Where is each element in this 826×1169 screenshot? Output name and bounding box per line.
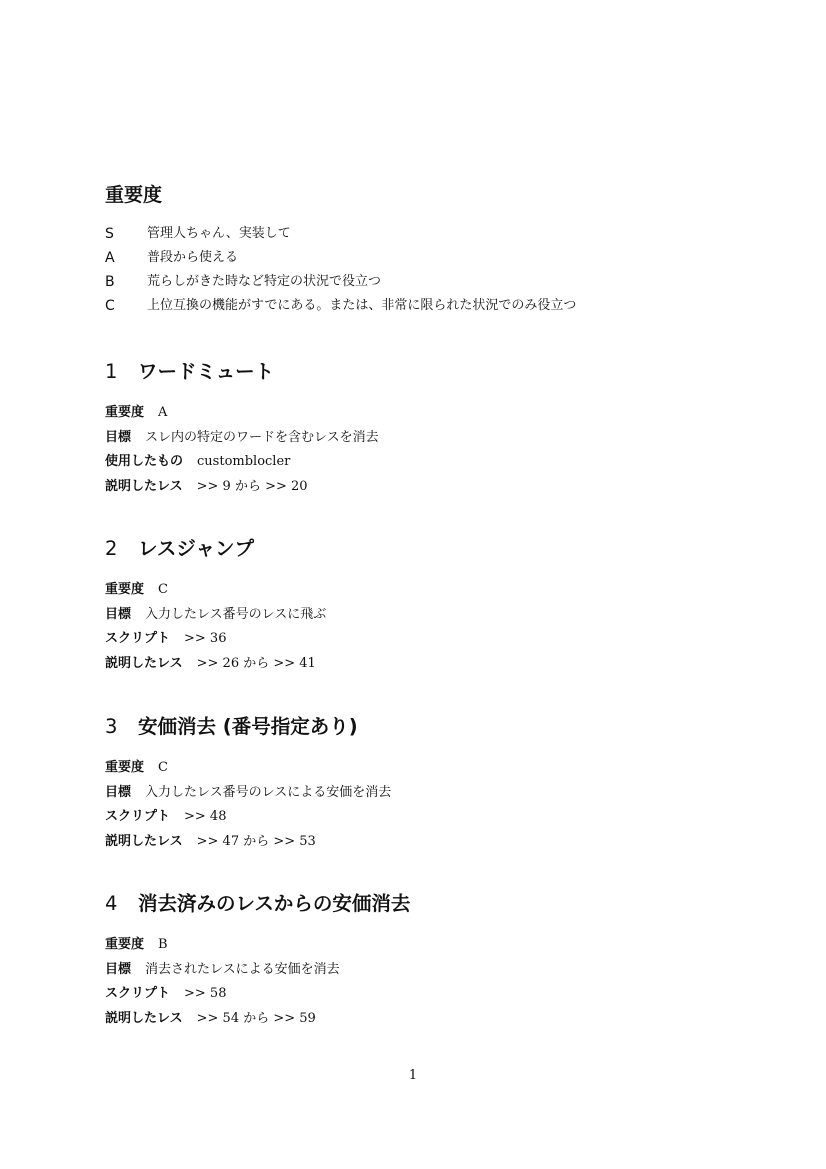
field-explained-posts: 説明したレス>> 47 から >> 53 [105,830,391,855]
field-importance: 重要度C [105,756,391,781]
field-goal: 目標スレ内の特定のワードを含むレスを消去 [105,426,379,451]
legend-description: 普段から使える [147,246,238,270]
field-explained-posts: 説明したレス>> 26 から >> 41 [105,652,326,677]
section-title-text: 安価消去 (番号指定あり) [138,713,358,741]
field-label: 重要度 [105,405,144,420]
field-goal: 目標消去されたレスによる安価を消去 [105,958,410,983]
field-label: スクリプト [105,631,170,646]
field-value: B [158,937,168,952]
field-importance: 重要度C [105,578,326,603]
field-label: 目標 [105,785,131,800]
section-title: 1 ワードミュート [105,358,379,386]
field-list: 重要度C 目標入力したレス番号のレスによる安価を消去 スクリプト>> 48 説明… [105,756,391,854]
field-value: 入力したレス番号のレスに飛ぶ [145,607,326,622]
section-number: 2 [105,535,138,563]
field-label: 目標 [105,962,131,977]
field-importance: 重要度A [105,401,379,426]
section-title: 2 レスジャンプ [105,535,326,563]
field-label: スクリプト [105,986,170,1001]
field-script: スクリプト>> 36 [105,627,326,652]
section-anchor-erase-deleted: 4 消去済みのレスからの安価消去 重要度B 目標消去されたレスによる安価を消去 … [105,890,410,1047]
importance-heading: 重要度 [105,182,162,208]
field-value: 入力したレス番号のレスによる安価を消去 [145,785,391,800]
field-label: 説明したレス [105,479,183,494]
field-label: 使用したもの [105,454,183,469]
field-importance: 重要度B [105,933,410,958]
section-title: 4 消去済みのレスからの安価消去 [105,890,410,918]
legend-description: 上位互換の機能がすでにある。または、非常に限られた状況でのみ役立つ [147,294,576,318]
field-label: 重要度 [105,937,144,952]
field-list: 重要度C 目標入力したレス番号のレスに飛ぶ スクリプト>> 36 説明したレス>… [105,578,326,676]
field-explained-posts: 説明したレス>> 54 から >> 59 [105,1007,410,1032]
section-number: 3 [105,713,138,741]
field-list: 重要度A 目標スレ内の特定のワードを含むレスを消去 使用したものcustombl… [105,401,379,499]
field-value: >> 58 [184,986,226,1001]
section-number: 1 [105,358,138,386]
field-label: 説明したレス [105,1011,183,1026]
field-value: >> 9 から >> 20 [197,479,308,494]
field-label: 説明したレス [105,656,183,671]
section-title-text: レスジャンプ [138,535,254,563]
field-value: C [158,582,168,597]
field-script: スクリプト>> 48 [105,805,391,830]
field-value: A [158,405,167,420]
section-title-text: 消去済みのレスからの安価消去 [138,890,410,918]
field-value: >> 47 から >> 53 [197,834,316,849]
section-title-text: ワードミュート [138,358,274,386]
legend-description: 管理人ちゃん、実装して [147,222,291,246]
field-value: >> 54 から >> 59 [197,1011,316,1026]
document-page: 重要度 S 管理人ちゃん、実装して A 普段から使える B 荒らしがきた時など特… [0,0,826,1169]
legend-grade: C [105,294,147,318]
field-value: customblocler [197,454,290,469]
section-number: 4 [105,890,138,918]
field-value: >> 26 から >> 41 [197,656,316,671]
field-value: >> 36 [184,631,226,646]
field-goal: 目標入力したレス番号のレスによる安価を消去 [105,781,391,806]
field-label: スクリプト [105,809,170,824]
legend-grade: A [105,246,147,270]
section-anchor-erase-numbered: 3 安価消去 (番号指定あり) 重要度C 目標入力したレス番号のレスによる安価を… [105,713,391,870]
field-list: 重要度B 目標消去されたレスによる安価を消去 スクリプト>> 58 説明したレス… [105,933,410,1031]
section-word-mute: 1 ワードミュート 重要度A 目標スレ内の特定のワードを含むレスを消去 使用した… [105,358,379,515]
field-explained-posts: 説明したレス>> 9 から >> 20 [105,475,379,500]
field-label: 説明したレス [105,834,183,849]
field-label: 重要度 [105,582,144,597]
section-res-jump: 2 レスジャンプ 重要度C 目標入力したレス番号のレスに飛ぶ スクリプト>> 3… [105,535,326,692]
field-label: 目標 [105,607,131,622]
field-value: 消去されたレスによる安価を消去 [145,962,340,977]
field-value: >> 48 [184,809,226,824]
field-value: C [158,760,168,775]
legend-grade: S [105,222,147,246]
field-used: 使用したものcustomblocler [105,450,379,475]
legend-item-a: A 普段から使える [105,246,576,270]
legend-description: 荒らしがきた時など特定の状況で役立つ [147,270,381,294]
field-value: スレ内の特定のワードを含むレスを消去 [145,430,379,445]
field-goal: 目標入力したレス番号のレスに飛ぶ [105,603,326,628]
legend-item-b: B 荒らしがきた時など特定の状況で役立つ [105,270,576,294]
field-label: 目標 [105,430,131,445]
page-number: 1 [0,1068,826,1083]
legend-grade: B [105,270,147,294]
importance-legend: S 管理人ちゃん、実装して A 普段から使える B 荒らしがきた時など特定の状況… [105,222,576,318]
field-label: 重要度 [105,760,144,775]
legend-item-s: S 管理人ちゃん、実装して [105,222,576,246]
section-title: 3 安価消去 (番号指定あり) [105,713,391,741]
legend-item-c: C 上位互換の機能がすでにある。または、非常に限られた状況でのみ役立つ [105,294,576,318]
field-script: スクリプト>> 58 [105,982,410,1007]
